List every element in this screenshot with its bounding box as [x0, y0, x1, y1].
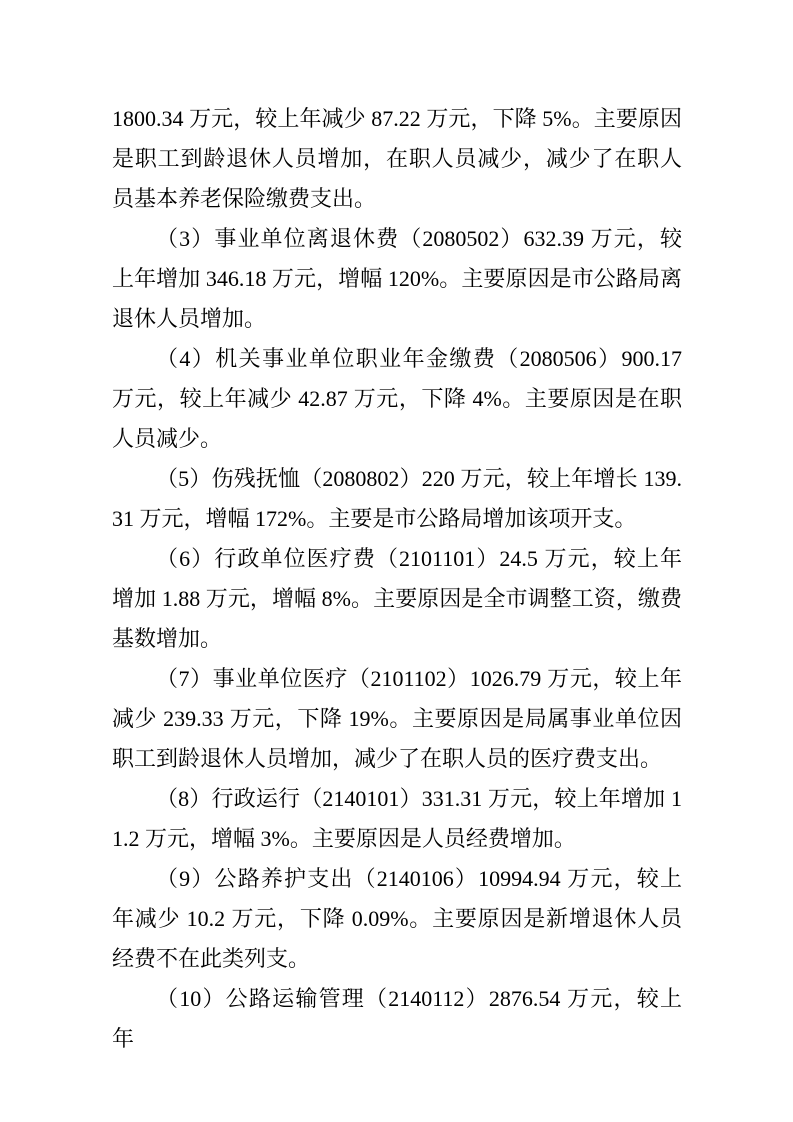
paragraph: （10）公路运输管理（2140112）2876.54 万元，较上年 [112, 979, 682, 1059]
document-body: 1800.34 万元，较上年减少 87.22 万元，下降 5%。主要原因是职工到… [112, 99, 682, 1059]
paragraph: （9）公路养护支出（2140106）10994.94 万元，较上年减少 10.2… [112, 859, 682, 979]
paragraph: （3）事业单位离退休费（2080502）632.39 万元，较上年增加 346.… [112, 219, 682, 339]
paragraph: （7）事业单位医疗（2101102）1026.79 万元，较上年减少 239.3… [112, 659, 682, 779]
paragraph: 1800.34 万元，较上年减少 87.22 万元，下降 5%。主要原因是职工到… [112, 99, 682, 219]
paragraph: （8）行政运行（2140101）331.31 万元，较上年增加 11.2 万元，… [112, 779, 682, 859]
document-page: 1800.34 万元，较上年减少 87.22 万元，下降 5%。主要原因是职工到… [0, 0, 793, 1122]
paragraph: （6）行政单位医疗费（2101101）24.5 万元，较上年增加 1.88 万元… [112, 539, 682, 659]
paragraph: （5）伤残抚恤（2080802）220 万元，较上年增长 139.31 万元，增… [112, 459, 682, 539]
paragraph: （4）机关事业单位职业年金缴费（2080506）900.17 万元，较上年减少 … [112, 339, 682, 459]
